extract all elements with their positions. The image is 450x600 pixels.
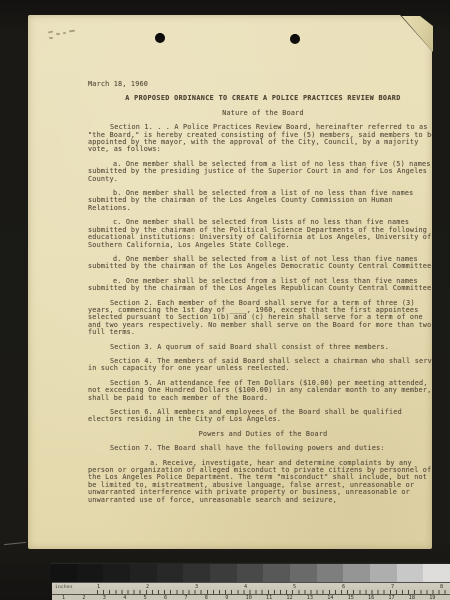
inch-number: 1 [97, 584, 100, 590]
cm-number: 8 [205, 595, 208, 600]
section-1-items: a. One member shall be selected from a l… [88, 161, 438, 293]
grayscale-step [370, 564, 397, 582]
item-e: e. One member shall be selected from a l… [88, 278, 438, 293]
grayscale-step [183, 564, 210, 582]
cm-number: 12 [286, 595, 292, 600]
item-c: c. One member shall be selected from lis… [88, 219, 438, 249]
grayscale-step [210, 564, 237, 582]
section-7-intro: Section 7. The Board shall have the foll… [88, 445, 438, 452]
section-4: Section 4. The members of said Board sha… [88, 358, 438, 373]
pencil-mark [63, 32, 66, 34]
document-heading-2: Powers and Duties of the Board [88, 431, 438, 438]
grayscale-step [77, 564, 104, 582]
section-6: Section 6. All members and employees of … [88, 409, 438, 424]
pencil-mark [56, 33, 60, 36]
grayscale-step [290, 564, 317, 582]
inch-number: 3 [195, 584, 198, 590]
section-7-item-a: a. Receive, investigate, hear and determ… [88, 460, 438, 504]
cm-number: 18 [409, 595, 415, 600]
section-5: Section 5. An attendance fee of Ten Doll… [88, 380, 438, 402]
document-content: March 18, 1960 A PROPOSED ORDINANCE TO C… [88, 81, 438, 511]
grayscale-step [423, 564, 450, 582]
cm-number: 2 [82, 595, 85, 600]
document-subtitle: Nature of the Board [88, 110, 438, 117]
document-date: March 18, 1960 [88, 81, 438, 88]
cm-number: 17 [388, 595, 394, 600]
cm-number: 10 [246, 595, 252, 600]
item-b: b. One member shall be selected from a l… [88, 190, 438, 212]
punch-hole-left [155, 33, 165, 43]
cm-number: 4 [123, 595, 126, 600]
grayscale-step [397, 564, 424, 582]
cm-number: 13 [307, 595, 313, 600]
grayscale-step [237, 564, 264, 582]
grayscale-step [317, 564, 344, 582]
inch-number: 7 [391, 584, 394, 590]
inch-number: 5 [293, 584, 296, 590]
document-paper: March 18, 1960 A PROPOSED ORDINANCE TO C… [28, 15, 432, 549]
section-2: Section 2. Each member of the Board shal… [88, 300, 438, 337]
cm-number: 9 [225, 595, 228, 600]
cm-number: 19 [429, 595, 435, 600]
item-a: a. One member shall be selected from a l… [88, 161, 438, 183]
grayscale-step [263, 564, 290, 582]
grayscale-step [130, 564, 157, 582]
punch-hole-right [290, 34, 300, 44]
grayscale-step [157, 564, 184, 582]
scratch-mark [4, 542, 26, 545]
ruler-strip: INCHES 123456781234567891011121314151617… [52, 583, 450, 600]
cm-number: 5 [144, 595, 147, 600]
document-title: A PROPOSED ORDINANCE TO CREATE A POLICE … [88, 95, 438, 102]
ruler-label: INCHES [55, 585, 73, 590]
cm-number: 14 [327, 595, 333, 600]
section-3: Section 3. A quorum of said Board shall … [88, 344, 438, 351]
item-d: d. One member shall be selected from a l… [88, 256, 438, 271]
cm-number: 6 [164, 595, 167, 600]
cm-number: 7 [184, 595, 187, 600]
grayscale-step [50, 564, 77, 582]
section-1: Section 1. . . A Police Practices Review… [88, 124, 438, 154]
pencil-mark [49, 37, 53, 39]
grayscale-step [103, 564, 130, 582]
inch-number: 2 [146, 584, 149, 590]
scanned-page: March 18, 1960 A PROPOSED ORDINANCE TO C… [0, 0, 450, 600]
grayscale-calibration-strip [50, 564, 450, 582]
cm-number: 16 [368, 595, 374, 600]
inch-number: 8 [440, 584, 443, 590]
inch-number: 6 [342, 584, 345, 590]
cm-number: 15 [348, 595, 354, 600]
cm-number: 1 [62, 595, 65, 600]
cm-number: 11 [266, 595, 272, 600]
grayscale-step [343, 564, 370, 582]
inch-number: 4 [244, 584, 247, 590]
cm-number: 3 [103, 595, 106, 600]
